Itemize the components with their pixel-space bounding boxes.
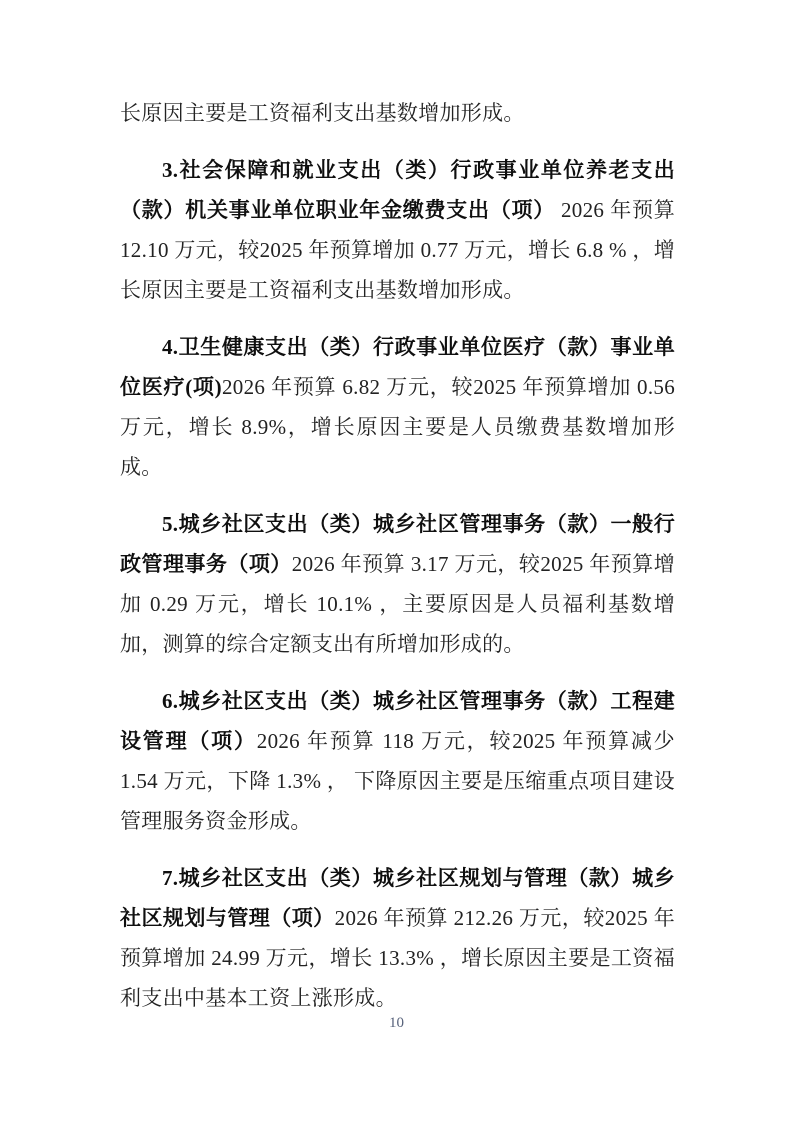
paragraph-item-5: 5.城乡社区支出（类）城乡社区管理事务（款）一般行政管理事务（项）2026 年预… [120,504,675,664]
paragraph-item-3: 3.社会保障和就业支出（类）行政事业单位养老支出（款）机关事业单位职业年金缴费支… [120,150,675,310]
page-content: 长原因主要是工资福利支出基数增加形成。 3.社会保障和就业支出（类）行政事业单位… [120,93,675,1018]
paragraph-text: 长原因主要是工资福利支出基数增加形成。 [120,101,525,125]
paragraph-item-6: 6.城乡社区支出（类）城乡社区管理事务（款）工程建设管理（项）2026 年预算 … [120,681,675,841]
page-number: 10 [0,1016,793,1031]
paragraph-continuation: 长原因主要是工资福利支出基数增加形成。 [120,93,675,133]
paragraph-item-4: 4.卫生健康支出（类）行政事业单位医疗（款）事业单位医疗(项)2026 年预算 … [120,327,675,487]
paragraph-item-7: 7.城乡社区支出（类）城乡社区规划与管理（款）城乡社区规划与管理（项）2026 … [120,858,675,1018]
document-page: 长原因主要是工资福利支出基数增加形成。 3.社会保障和就业支出（类）行政事业单位… [0,0,793,1122]
